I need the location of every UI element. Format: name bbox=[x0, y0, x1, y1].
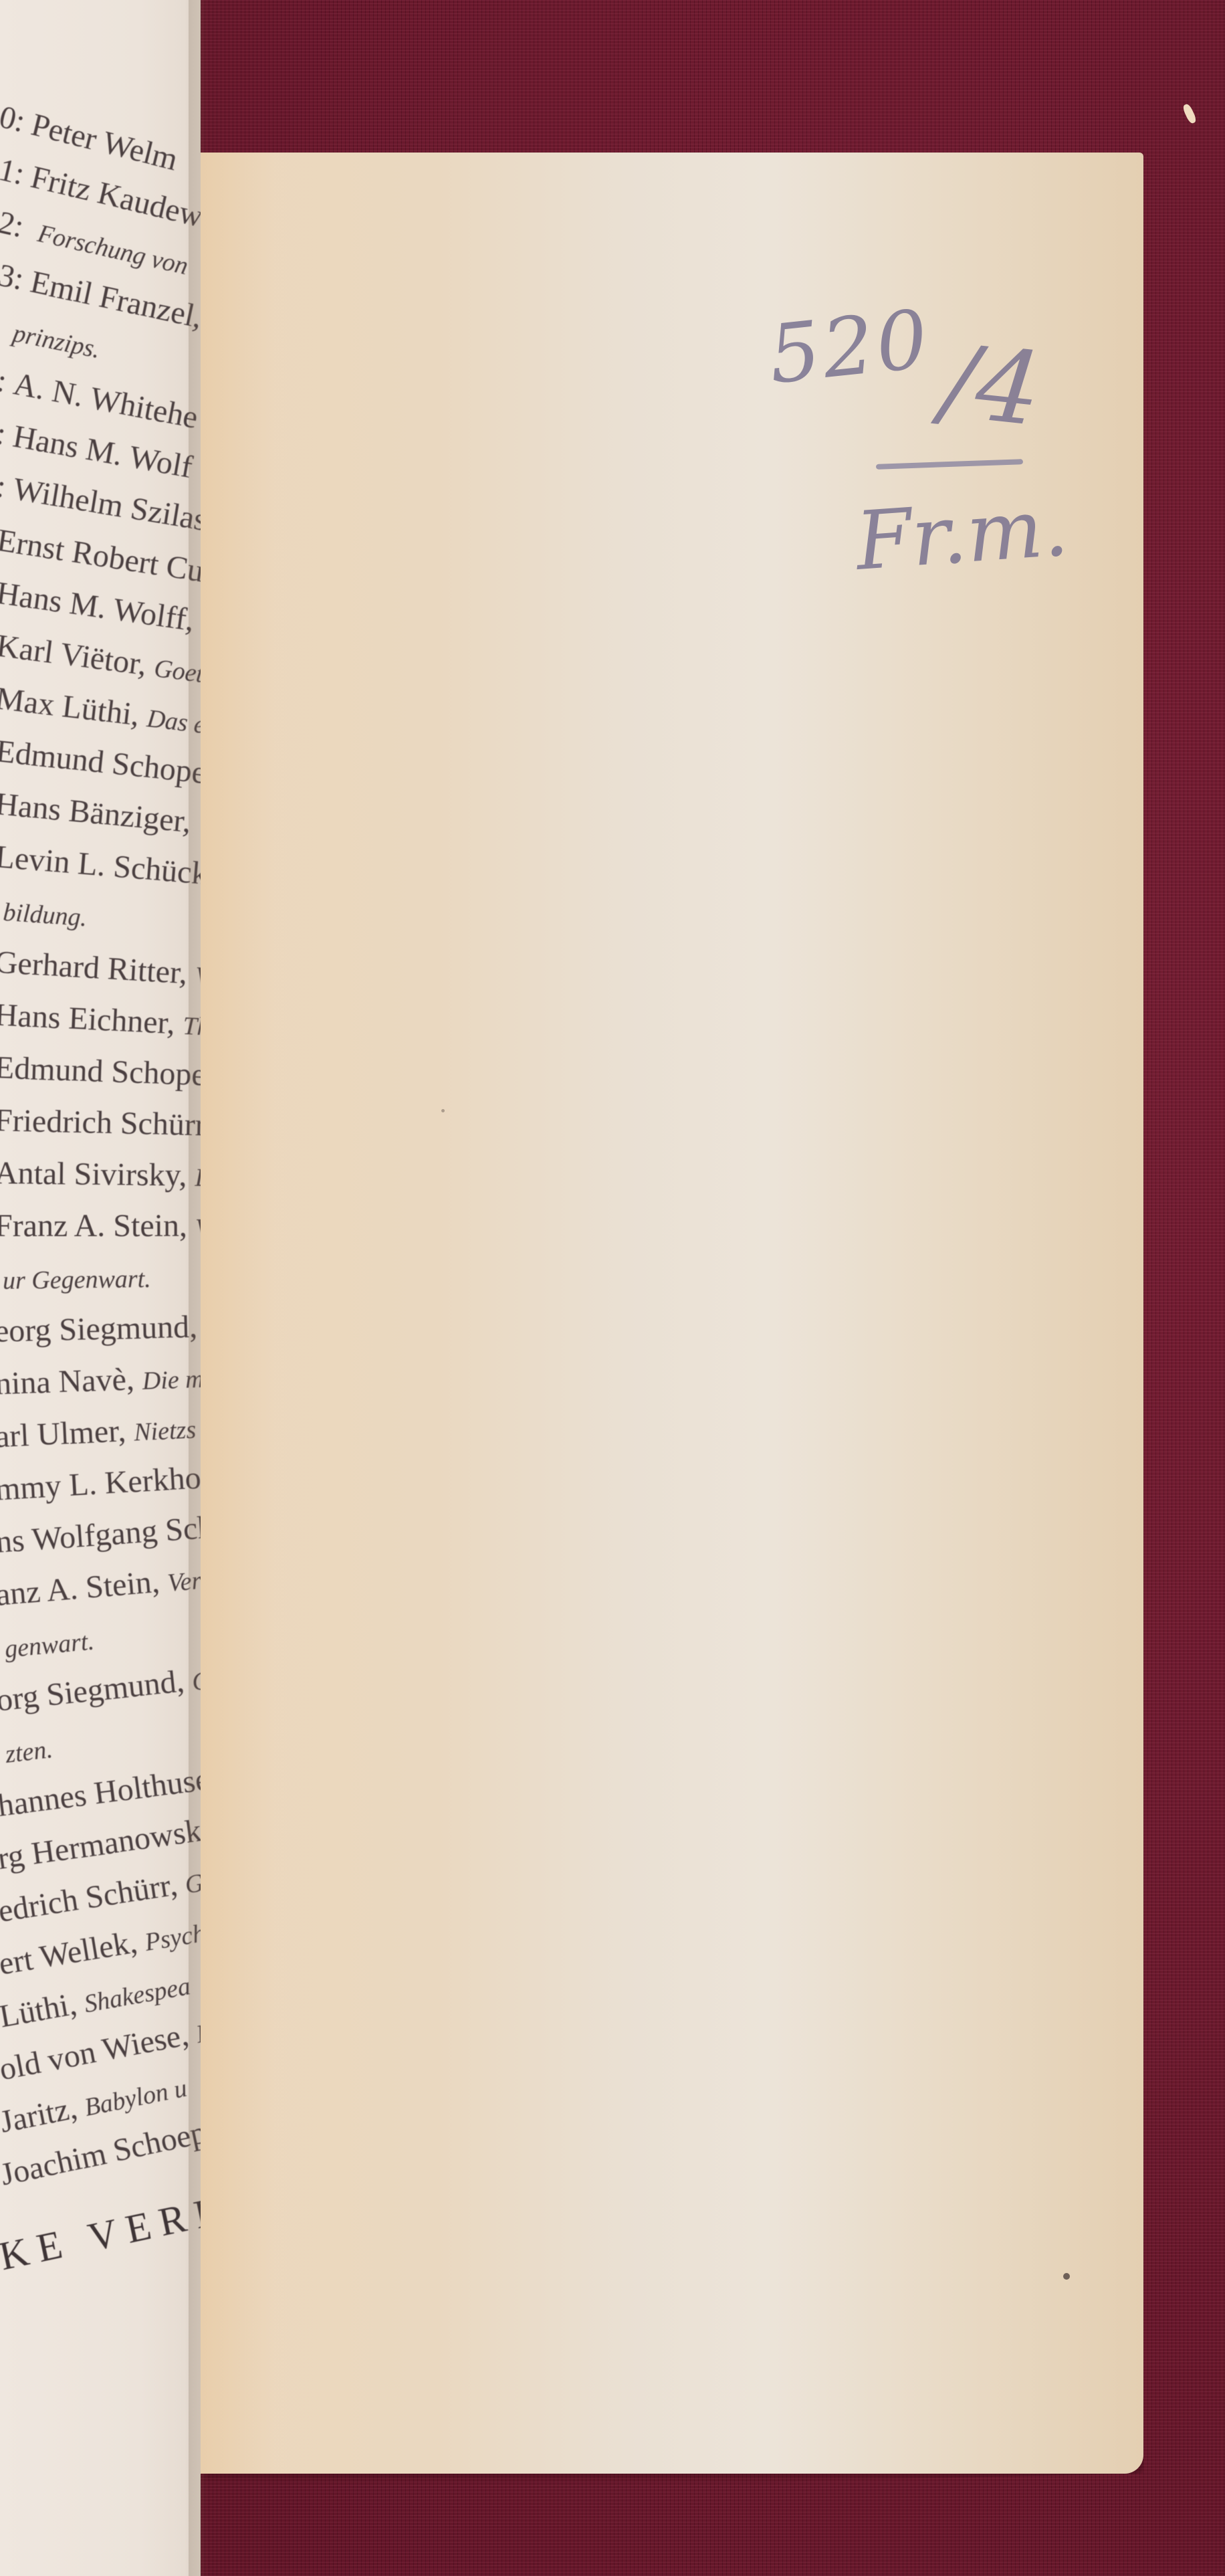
series-entry: Hans Eichner,Tho bbox=[0, 999, 201, 1042]
entry-author bbox=[3, 312, 9, 346]
entry-author: anz A. Stein, bbox=[0, 1564, 161, 1613]
entry-num: 0: bbox=[0, 99, 29, 139]
series-entry: eorg Siegmund,D bbox=[0, 1310, 201, 1348]
entry-author: mmy L. Kerkhof, bbox=[0, 1459, 201, 1507]
series-entry: prinzips. bbox=[0, 312, 111, 365]
series-entry: nina Navè,Die m bbox=[0, 1361, 201, 1401]
entry-title: prinzips. bbox=[11, 319, 103, 364]
entry-author: Friedrich Schürr, bbox=[0, 1102, 201, 1143]
paper-speck bbox=[441, 1109, 445, 1112]
series-entry: bildung. bbox=[0, 893, 96, 932]
series-entry: Hans Bänziger,We bbox=[0, 787, 201, 842]
series-entry: org Siegmund,G bbox=[0, 1662, 201, 1718]
series-entry: ns Wolfgang Sch bbox=[0, 1510, 201, 1559]
entry-num: 2: bbox=[0, 205, 27, 245]
entry-author: Hans Bänziger, bbox=[0, 786, 193, 839]
series-entry: Franz A. Stein,Ver bbox=[0, 1210, 201, 1242]
entry-title: genwart. bbox=[3, 1627, 95, 1663]
entry-author: Gerhard Ritter, bbox=[0, 945, 189, 991]
series-entry: genwart. bbox=[0, 1622, 104, 1665]
entry-author: Karl Viëtor, bbox=[0, 628, 149, 682]
entry-author: ert Wellek, bbox=[0, 1924, 140, 1982]
entry-author: Edmund Schoper, bbox=[0, 1050, 201, 1093]
series-entry: anz A. Stein,Ver bbox=[0, 1562, 201, 1612]
entry-author: nina Navè, bbox=[0, 1361, 135, 1401]
entry-author: Edmund Schoper, bbox=[0, 733, 201, 792]
pencil-annotation: 520 /4 Fr.m. bbox=[756, 288, 1090, 609]
entry-title: Babylon u bbox=[82, 2074, 189, 2122]
entry-author: edrich Schürr, bbox=[0, 1867, 180, 1929]
series-entry: Hans M. Wolff, bbox=[0, 576, 201, 639]
series-entry: mmy L. Kerkhof,I bbox=[0, 1460, 201, 1506]
entry-title bbox=[181, 151, 187, 178]
series-entry: Max Lüthi,Das eu bbox=[0, 682, 201, 742]
entry-num: 1: bbox=[0, 152, 28, 192]
entry-author: Max Lüthi, bbox=[0, 681, 142, 733]
series-entry: Karl Viëtor,Goethe bbox=[0, 629, 201, 692]
entry-author: arl Ulmer, bbox=[0, 1413, 126, 1454]
series-entry: Edmund Schoper, bbox=[0, 1052, 201, 1092]
entry-title: Nietzs bbox=[133, 1415, 197, 1446]
series-entry: Antal Sivirsky,Die bbox=[0, 1157, 201, 1193]
series-entry: Gerhard Ritter,Vo bbox=[0, 946, 201, 992]
entry-author: org Siegmund, bbox=[0, 1663, 186, 1718]
entry-num: 3: bbox=[0, 258, 27, 298]
entry-author: Hans M. Wolff, bbox=[0, 575, 197, 638]
entry-author: ns Wolfgang Sch bbox=[0, 1509, 201, 1560]
pencil-underline bbox=[876, 459, 1023, 470]
series-entry: Edmund Schoper, bbox=[0, 734, 201, 793]
entry-author: Jaritz, bbox=[0, 2090, 80, 2140]
entry-title: Shakespea bbox=[82, 1972, 193, 2018]
entry-title: bildung. bbox=[2, 898, 88, 932]
series-entry: hannes Holthuse bbox=[0, 1761, 201, 1823]
entry-num: : bbox=[0, 468, 9, 504]
entry-title: ur Gegenwart. bbox=[3, 1265, 151, 1295]
entry-author: Hans Eichner, bbox=[0, 997, 176, 1042]
entry-num bbox=[0, 310, 1, 345]
series-entry: zten. bbox=[0, 1730, 62, 1771]
pencil-fraction: /4 bbox=[937, 323, 1046, 449]
series-entry: Levin L. Schück bbox=[0, 840, 201, 892]
entry-num: : bbox=[0, 415, 9, 452]
ink-speck bbox=[1063, 2273, 1070, 2280]
entry-author: eorg Siegmund, bbox=[0, 1309, 198, 1349]
entry-author bbox=[27, 212, 35, 247]
entry-author: hannes Holthuse bbox=[0, 1761, 201, 1823]
entry-author: Lüthi, bbox=[0, 1986, 80, 2034]
entry-num: : bbox=[0, 363, 9, 399]
series-entry: ur Gegenwart. bbox=[0, 1261, 159, 1295]
series-entry: Friedrich Schürr, bbox=[0, 1104, 201, 1142]
entry-author: Levin L. Schück bbox=[0, 839, 201, 892]
pencil-number: 520 bbox=[764, 293, 934, 402]
left-printed-page: 0:Peter Welm1:Fritz Kaudew2:Forschung vo… bbox=[0, 0, 201, 2576]
series-title-list: 0:Peter Welm1:Fritz Kaudew2:Forschung vo… bbox=[0, 0, 201, 2341]
pencil-initials: Fr.m. bbox=[853, 481, 1071, 589]
entry-author: Antal Sivirsky, bbox=[0, 1155, 187, 1193]
entry-author: Franz A. Stein, bbox=[0, 1208, 187, 1244]
entry-title: zten. bbox=[4, 1735, 54, 1769]
series-entry: arl Ulmer,Nietzs bbox=[0, 1411, 201, 1454]
